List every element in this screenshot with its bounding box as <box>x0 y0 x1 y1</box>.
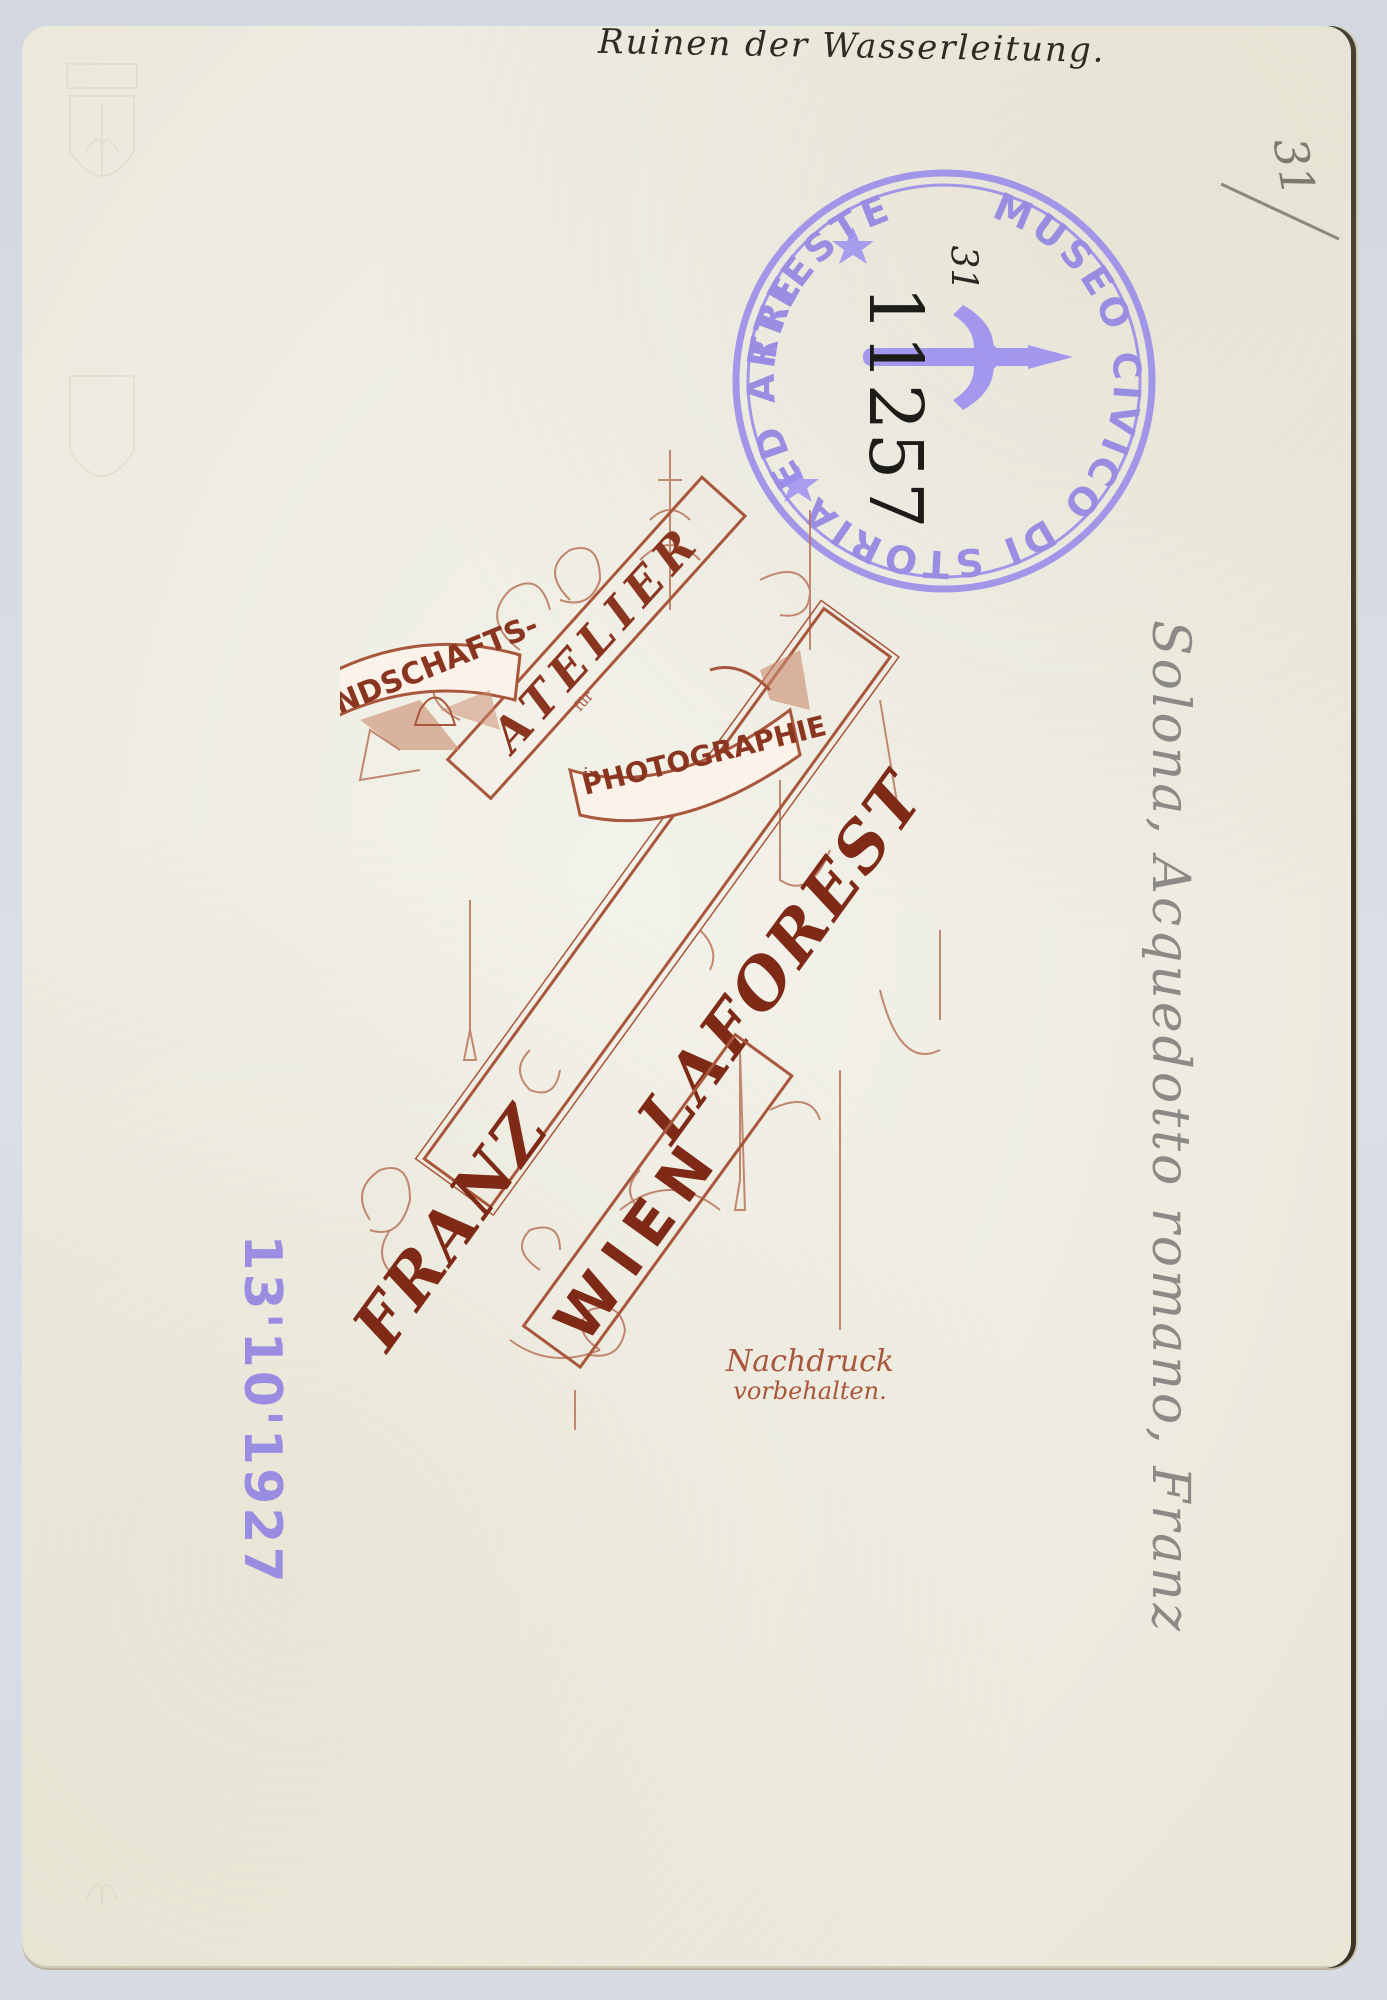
coat-of-arms-watermark-icon <box>62 56 142 206</box>
pencil-number: 31 <box>1263 133 1326 200</box>
inventory-fraction: 31 <box>943 246 984 326</box>
pencil-mark: 31 <box>1255 140 1345 250</box>
date-stamp-value: 13'10'1927 <box>232 1230 292 1590</box>
coat-of-arms-watermark-icon <box>62 1806 142 1956</box>
reproduction-notice: Nachdruck vorbehalten. <box>690 1345 930 1404</box>
studio-name-first: FRANZ <box>340 1090 566 1365</box>
coat-of-arms-watermark-icon <box>62 356 142 506</box>
date-stamp: 13'10'1927 <box>232 1230 288 1590</box>
pencil-caption: Solona, Acquedotto romano, Franz <box>1140 620 1200 1880</box>
reproduction-notice-line1: Nachdruck <box>690 1345 930 1378</box>
studio-logo: ATELIER für LAFOREST FRANZ WIEN in LANDS… <box>340 450 1040 1430</box>
city-label: WIEN <box>541 1122 736 1354</box>
reproduction-notice-line2: vorbehalten. <box>690 1378 930 1404</box>
